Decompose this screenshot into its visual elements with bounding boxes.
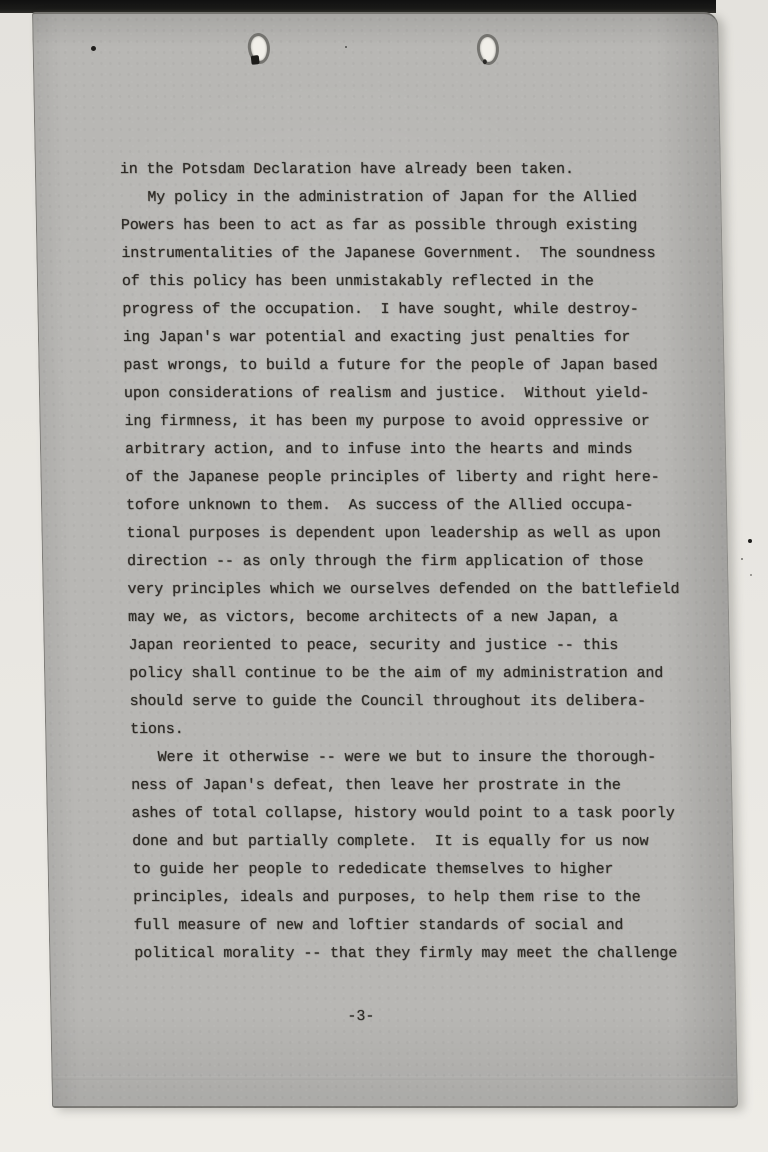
text-line: may we, as victors, become architects of… bbox=[128, 604, 715, 632]
text-line: Japan reoriented to peace, security and … bbox=[128, 632, 715, 660]
text-line: policy shall continue to be the aim of m… bbox=[129, 660, 716, 688]
paper-crease bbox=[53, 1076, 737, 1080]
text-line: direction -- as only through the firm ap… bbox=[127, 548, 714, 576]
text-line: Powers has been to act as far as possibl… bbox=[121, 212, 708, 240]
text-line: past wrongs, to build a future for the p… bbox=[123, 352, 710, 380]
text-line: tional purposes is dependent upon leader… bbox=[126, 520, 713, 548]
text-line: principles, ideals and purposes, to help… bbox=[133, 884, 720, 912]
document-body: in the Potsdam Declaration have already … bbox=[120, 156, 721, 968]
text-line: political morality -- that they firmly m… bbox=[134, 940, 721, 968]
scan-speck bbox=[91, 46, 96, 51]
scan-speck bbox=[741, 558, 743, 560]
text-line: in the Potsdam Declaration have already … bbox=[120, 156, 707, 184]
text-line: very principles which we ourselves defen… bbox=[127, 576, 714, 604]
paragraph: in the Potsdam Declaration have already … bbox=[120, 156, 707, 184]
text-line: arbitrary action, and to infuse into the… bbox=[125, 436, 712, 464]
scan-speck bbox=[345, 46, 347, 48]
paragraph: Were it otherwise -- were we but to insu… bbox=[130, 744, 720, 968]
text-line: My policy in the administration of Japan… bbox=[120, 184, 707, 212]
text-line: ashes of total collapse, history would p… bbox=[131, 800, 718, 828]
page-number: -3- bbox=[347, 1008, 374, 1025]
text-line: progress of the occupation. I have sough… bbox=[122, 296, 709, 324]
text-line: full measure of new and loftier standard… bbox=[133, 912, 720, 940]
text-line: ing Japan's war potential and exacting j… bbox=[123, 324, 710, 352]
scan-speck bbox=[750, 574, 752, 576]
document-page: in the Potsdam Declaration have already … bbox=[32, 12, 738, 1108]
text-line: done and but partially complete. It is e… bbox=[132, 828, 719, 856]
text-line: upon considerations of realism and justi… bbox=[124, 380, 711, 408]
text-line: should serve to guide the Council throug… bbox=[129, 688, 716, 716]
text-line: Were it otherwise -- were we but to insu… bbox=[130, 744, 717, 772]
text-line: ing firmness, it has been my purpose to … bbox=[124, 408, 711, 436]
paragraph: My policy in the administration of Japan… bbox=[120, 184, 716, 744]
text-line: ness of Japan's defeat, then leave her p… bbox=[131, 772, 718, 800]
text-line: tofore unknown to them. As success of th… bbox=[126, 492, 713, 520]
text-line: of the Japanese people principles of lib… bbox=[125, 464, 712, 492]
text-line: to guide her people to rededicate themse… bbox=[132, 856, 719, 884]
text-line: of this policy has been unmistakably ref… bbox=[122, 268, 709, 296]
text-line: instrumentalities of the Japanese Govern… bbox=[121, 240, 708, 268]
text-line: tions. bbox=[130, 716, 717, 744]
scanned-document-view: { "document": { "page_number": "-3-", "p… bbox=[0, 0, 768, 1152]
scan-speck bbox=[748, 539, 752, 543]
